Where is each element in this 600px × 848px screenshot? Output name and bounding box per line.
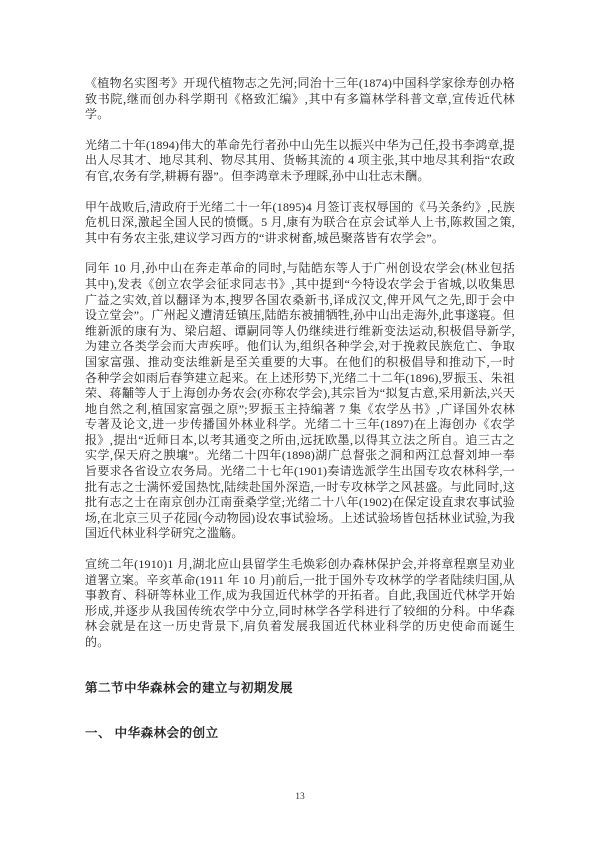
document-page: 《植物名实图考》开现代植物志之先河;同治十三年(1874)中国科学家徐寿创办格致… xyxy=(0,0,600,848)
paragraph-5: 宣统二年(1910)1 月,湖北应山县留学生毛焕彩创办森林保护会,并将章程禀呈劝… xyxy=(85,557,515,651)
paragraph-3: 甲午战败后,清政府于光绪二十一年(1895)4 月签订丧权辱国的《马关条约》,民… xyxy=(85,200,515,247)
subsection-heading: 一、 中华森林会的创立 xyxy=(85,725,515,741)
page-number: 13 xyxy=(0,792,600,802)
paragraph-4: 同年 10 月,孙中山在奔走革命的同时,与陆皓东等人于广州创设农学会(林业包括其… xyxy=(85,261,515,542)
paragraph-2: 光绪二十年(1894)伟大的革命先行者孙中山先生以振兴中华为己任,投书李鸿章,提… xyxy=(85,138,515,185)
paragraph-1: 《植物名实图考》开现代植物志之先河;同治十三年(1874)中国科学家徐寿创办格致… xyxy=(85,76,515,123)
section-heading: 第二节中华森林会的建立与初期发展 xyxy=(85,680,515,696)
text-content: 《植物名实图考》开现代植物志之先河;同治十三年(1874)中国科学家徐寿创办格致… xyxy=(85,76,515,741)
